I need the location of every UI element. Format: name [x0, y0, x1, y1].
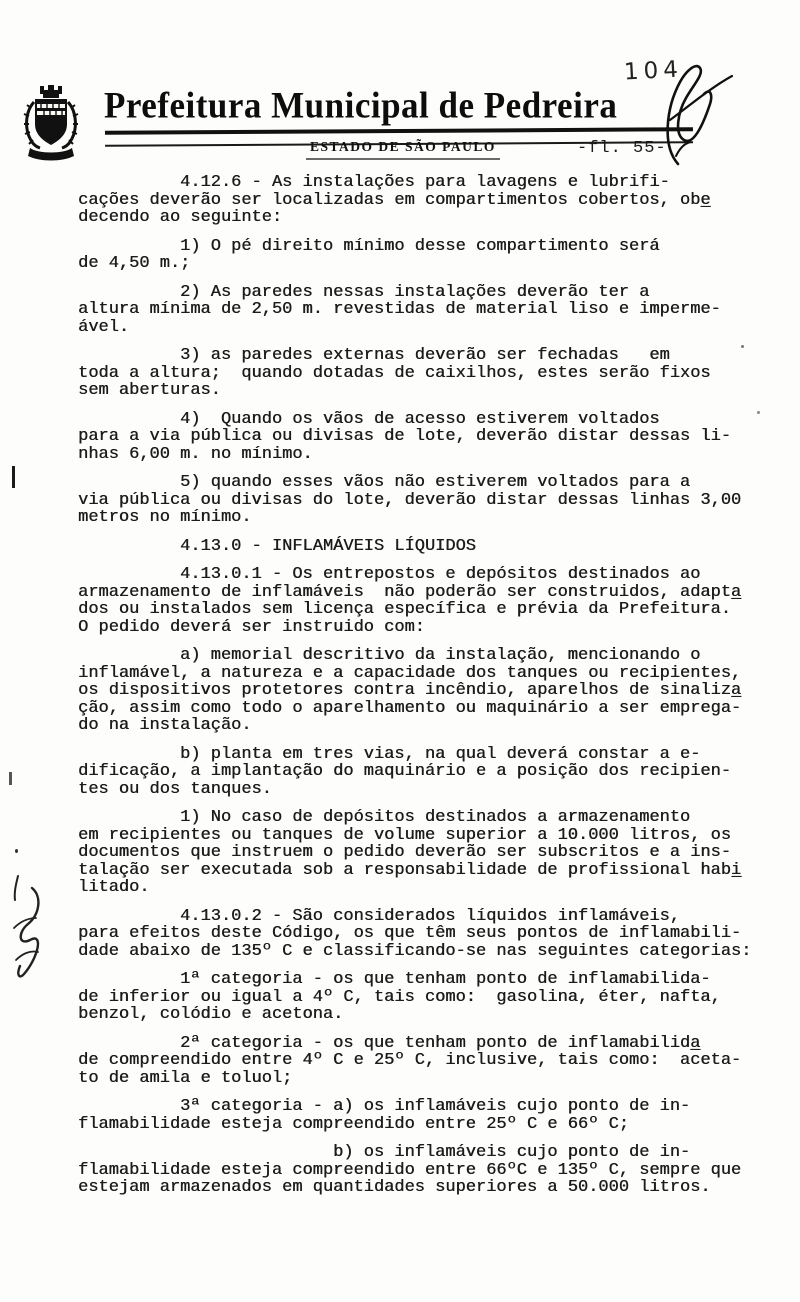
state-subtitle: ESTADO DE SÃO PAULO — [306, 139, 500, 160]
page-title: Prefeitura Municipal de Pedreira — [104, 85, 704, 127]
scan-speck — [757, 411, 760, 414]
paragraph-item-2: 2) As paredes nessas instalações deverão… — [78, 284, 778, 337]
paragraph-item-5: 5) quando esses vãos não estiverem volta… — [78, 474, 778, 527]
document-body: 4.12.6 - As instalações para lavagens e … — [78, 174, 778, 1208]
paragraph-item-4: 4) Quando os vãos de acesso estiverem vo… — [78, 411, 778, 464]
paragraph-item-b: b) planta em tres vias, na qual deverá c… — [78, 746, 778, 799]
paragraph-4-13-0-2: 4.13.0.2 - São considerados líquidos inf… — [78, 908, 778, 961]
paragraph-categoria-2: 2ª categoria - os que tenham ponto de in… — [78, 1035, 778, 1088]
paragraph-categoria-1: 1ª categoria - os que tenham ponto de in… — [78, 971, 778, 1024]
margin-initials-icon — [4, 862, 50, 982]
paragraph-item-3: 3) as paredes externas deverão ser fecha… — [78, 347, 778, 400]
paragraph-item-b-1: 1) No caso de depósitos destinados a arm… — [78, 809, 778, 897]
paragraph-item-a: a) memorial descritivo da instalação, me… — [78, 647, 778, 735]
coat-of-arms-icon — [22, 82, 80, 162]
paragraph-4-13-0-1: 4.13.0.1 - Os entrepostos e depósitos de… — [78, 566, 778, 636]
paragraph-4-12-6: 4.12.6 - As instalações para lavagens e … — [78, 174, 778, 227]
paragraph-item-1: 1) O pé direito mínimo desse compartimen… — [78, 238, 778, 273]
document-page: Prefeitura Municipal de Pedreira ESTADO … — [0, 0, 800, 1302]
paragraph-categoria-3a: 3ª categoria - a) os inflamáveis cujo po… — [78, 1098, 778, 1133]
margin-pen-mark — [12, 466, 15, 488]
section-heading-4-13-0: 4.13.0 - INFLAMÁVEIS LÍQUIDOS — [78, 538, 778, 556]
scan-speck — [741, 345, 744, 348]
margin-pen-mark — [9, 772, 12, 785]
paragraph-categoria-3b: b) os inflamáveis cujo ponto de in- flam… — [78, 1144, 778, 1197]
margin-ink-dot — [15, 849, 18, 853]
signature-flourish-icon — [650, 60, 740, 170]
